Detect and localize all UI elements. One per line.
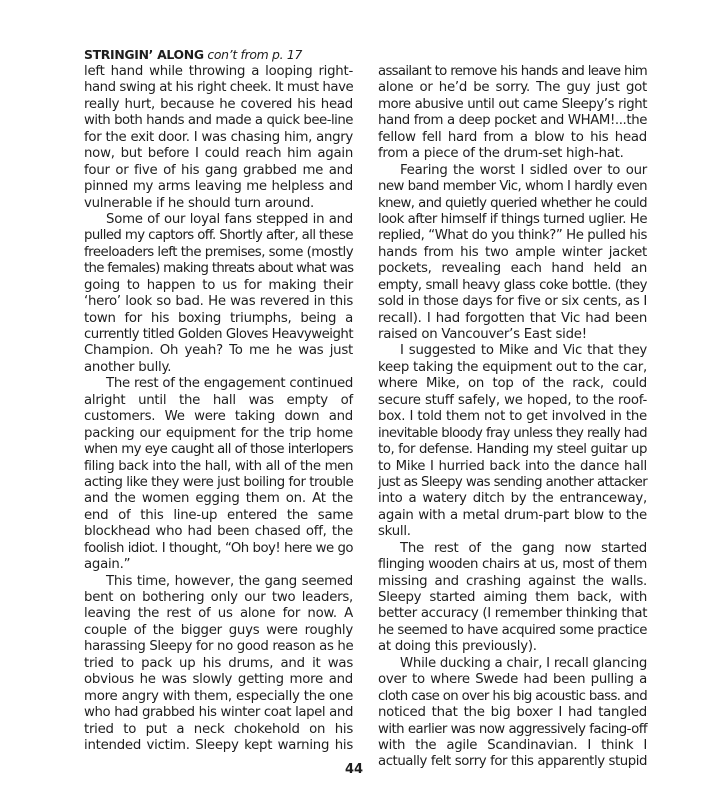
text-line: the females) making threats about what w…: [84, 261, 353, 277]
text-line: four or five of his gang grabbed me and: [84, 163, 353, 179]
text-line: While ducking a chair, I recall glancing: [378, 656, 647, 672]
text-line: The rest of the engagement continued: [84, 376, 353, 392]
text-line: The rest of the gang now started: [378, 541, 647, 557]
text-line: skull.: [378, 524, 647, 540]
text-line: ‘hero’ look so bad. He was revered in th…: [84, 294, 353, 310]
page-number: 44: [345, 762, 363, 777]
text-line: at doing this previously).: [378, 639, 647, 655]
text-line: and the women egging them on. At the: [84, 491, 353, 507]
text-line: pockets, revealing each hand held an: [378, 261, 647, 277]
text-line: from a piece of the drum-set high-hat.: [378, 146, 647, 162]
text-line: with earlier was now aggressively facing…: [378, 722, 647, 738]
text-line: foolish idiot. I thought, “Oh boy! here …: [84, 541, 353, 557]
text-line: blockhead who had been chased off, the: [84, 524, 353, 540]
text-line: for the exit door. I was chasing him, an…: [84, 130, 353, 146]
text-line: I suggested to Mike and Vic that they: [378, 343, 647, 359]
text-line: assailant to remove his hands and leave …: [378, 64, 647, 80]
running-header: STRINGIN’ ALONG con’t from p. 17: [84, 46, 353, 64]
text-line: acting like they were just boiling for t…: [84, 475, 353, 491]
text-line: Fearing the worst I sidled over to our: [378, 163, 647, 179]
text-line: where Mike, on top of the rack, could: [378, 376, 647, 392]
text-line: hands from his two ample winter jacket: [378, 245, 647, 261]
text-line: currently titled Golden Gloves Heavyweig…: [84, 327, 353, 343]
text-line: freeloaders left the premises, some (mos…: [84, 245, 353, 261]
text-line: better accuracy (I remember thinking tha…: [378, 606, 647, 622]
text-line: just as Sleepy was sending another attac…: [378, 475, 647, 491]
text-line: cloth case on over his big acoustic bass…: [378, 689, 647, 705]
text-line: secure stuff safely, we hoped, to the ro…: [378, 393, 647, 409]
article-title: STRINGIN’ ALONG: [84, 47, 204, 62]
text-line: hand swing at his right cheek. It must h…: [84, 80, 353, 96]
text-line: pinned my arms leaving me helpless and: [84, 179, 353, 195]
text-line: box. I told them not to get involved in …: [378, 409, 647, 425]
left-column-text: left hand while throwing a looping right…: [84, 64, 353, 754]
header-spacer: [378, 46, 647, 64]
right-column-text: assailant to remove his hands and leave …: [378, 64, 647, 771]
text-line: This time, however, the gang seemed: [84, 574, 353, 590]
text-line: leaving the rest of us alone for now. A: [84, 606, 353, 622]
text-line: Some of our loyal fans stepped in and: [84, 212, 353, 228]
text-line: noticed that the big boxer I had tangled: [378, 705, 647, 721]
text-line: alone or he’d be sorry. The guy just got: [378, 80, 647, 96]
continued-note: con’t from p. 17: [207, 47, 302, 62]
text-line: Champion. Oh yeah? To me he was just: [84, 343, 353, 359]
text-line: with the agile Scandinavian. I think I: [378, 738, 647, 754]
text-line: fellow fell hard from a blow to his head: [378, 130, 647, 146]
text-line: harassing Sleepy for no good reason as h…: [84, 639, 353, 655]
text-line: who had grabbed his winter coat lapel an…: [84, 705, 353, 721]
text-line: to, for defense. Handing my steel guitar…: [378, 442, 647, 458]
text-line: when my eye caught all of those interlop…: [84, 442, 353, 458]
text-line: flinging wooden chairs at us, most of th…: [378, 557, 647, 573]
text-line: more abusive until out came Sleepy’s rig…: [378, 97, 647, 113]
text-line: intended victim. Sleepy kept warning his: [84, 738, 353, 754]
text-line: pulled my captors off. Shortly after, al…: [84, 228, 353, 244]
text-line: replied, “What do you think?” He pulled …: [378, 228, 647, 244]
text-line: inevitable bloody fray unless they reall…: [378, 426, 647, 442]
text-line: bent on bothering only our two leaders,: [84, 590, 353, 606]
text-line: keep taking the equipment out to the car…: [378, 360, 647, 376]
text-line: Sleepy started aiming them back, with: [378, 590, 647, 606]
text-line: into a watery ditch by the entranceway,: [378, 491, 647, 507]
text-line: town for his boxing triumphs, being a: [84, 311, 353, 327]
left-column: STRINGIN’ ALONG con’t from p. 17 left ha…: [84, 46, 353, 754]
text-line: he seemed to have acquired some practice: [378, 623, 647, 639]
text-line: alright until the hall was empty of: [84, 393, 353, 409]
text-line: more angry with them, especially the one: [84, 689, 353, 705]
text-line: sold in those days for five or six cents…: [378, 294, 647, 310]
text-line: tried to pack up his drums, and it was: [84, 656, 353, 672]
text-line: to Mike I hurried back into the dance ha…: [378, 459, 647, 475]
right-column: assailant to remove his hands and leave …: [378, 46, 647, 771]
text-line: missing and crashing against the walls.: [378, 574, 647, 590]
text-line: couple of the bigger guys were roughly: [84, 623, 353, 639]
text-line: filing back into the hall, with all of t…: [84, 459, 353, 475]
text-line: actually felt sorry for this apparently …: [378, 754, 647, 770]
text-line: raised on Vancouver’s East side!: [378, 327, 647, 343]
text-line: again with a metal drum-part blow to the: [378, 508, 647, 524]
text-line: hand from a deep pocket and WHAM!...the: [378, 113, 647, 129]
text-line: end of this line-up entered the same: [84, 508, 353, 524]
text-line: new band member Vic, whom I hardly even: [378, 179, 647, 195]
text-line: really hurt, because he covered his head: [84, 97, 353, 113]
text-line: tried to put a neck chokehold on his: [84, 722, 353, 738]
text-line: empty, small heavy glass coke bottle. (t…: [378, 278, 647, 294]
text-line: left hand while throwing a looping right…: [84, 64, 353, 80]
text-line: look after himself if things turned ugli…: [378, 212, 647, 228]
text-line: now, but before I could reach him again: [84, 146, 353, 162]
text-line: obvious he was slowly getting more and: [84, 672, 353, 688]
text-line: over to where Swede had been pulling a: [378, 672, 647, 688]
text-line: packing our equipment for the trip home: [84, 426, 353, 442]
text-line: with both hands and made a quick bee-lin…: [84, 113, 353, 129]
text-line: going to happen to us for making their: [84, 278, 353, 294]
text-line: knew, and quietly queried whether he cou…: [378, 196, 647, 212]
text-line: vulnerable if he should turn around.: [84, 196, 353, 212]
text-line: recall). I had forgotten that Vic had be…: [378, 311, 647, 327]
text-line: another bully.: [84, 360, 353, 376]
text-line: customers. We were taking down and: [84, 409, 353, 425]
text-line: again.”: [84, 557, 353, 573]
